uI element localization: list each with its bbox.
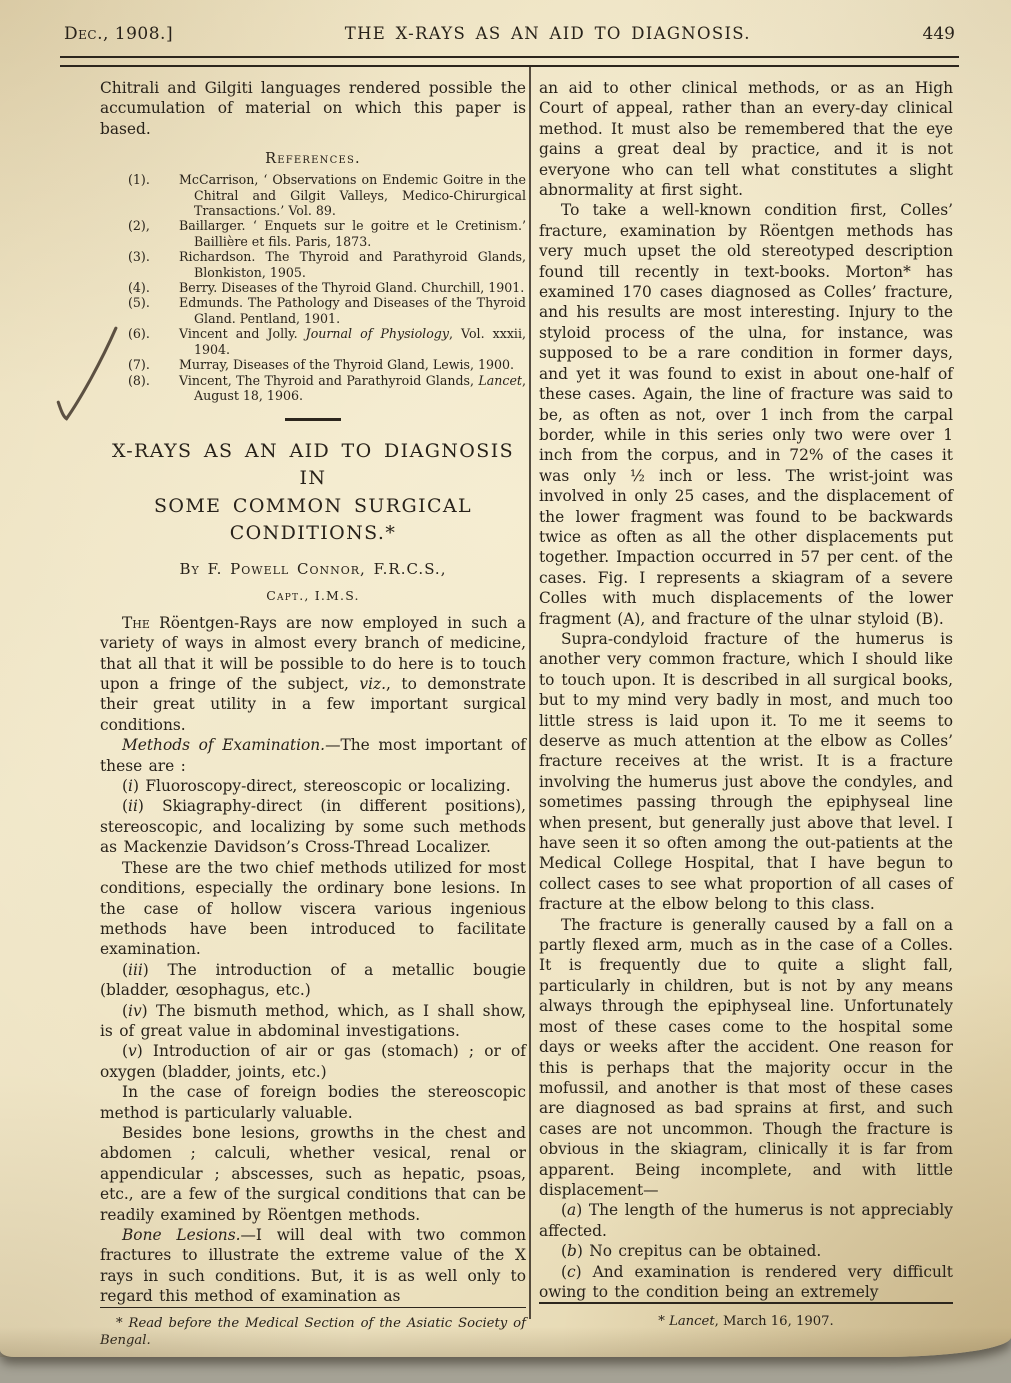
paragraph: (ii) Skiagraphy-direct (in different pos… xyxy=(100,796,526,857)
reference-item: (3). Richardson. The Thyroid and Parathy… xyxy=(100,249,526,280)
reference-text: McCarrison, ‘ Observations on Endemic Go… xyxy=(179,172,526,218)
paragraph: Besides bone lesions, growths in the che… xyxy=(100,1123,526,1225)
paragraph: (i) Fluoroscopy-direct, stereoscopic or … xyxy=(100,776,526,796)
article-title-line2: SOME COMMON SURGICAL CONDITIONS.* xyxy=(154,495,472,545)
reference-text: Richardson. The Thyroid and Parathyroid … xyxy=(179,249,526,279)
reference-number: (3). xyxy=(128,249,150,264)
reference-text: Vincent, The Thyroid and Parathyroid Gla… xyxy=(179,373,526,403)
paragraph: To take a well-known condition first, Co… xyxy=(539,200,953,629)
header-running-title: THE X-RAYS AS AN AID TO DIAGNOSIS. xyxy=(345,24,751,43)
article-title-line1: X-RAYS AS AN AID TO DIAGNOSIS IN xyxy=(112,440,514,490)
right-column: an aid to other clinical methods, or as … xyxy=(539,78,953,1330)
reference-number: (4). xyxy=(128,280,150,295)
paragraph: an aid to other clinical methods, or as … xyxy=(539,78,953,200)
article-title: X-RAYS AS AN AID TO DIAGNOSIS INSOME COM… xyxy=(100,438,526,548)
section-divider-rule xyxy=(285,418,341,421)
reference-text: Edmunds. The Pathology and Diseases of t… xyxy=(179,295,526,325)
article-author-rank: Capt., I.M.S. xyxy=(100,588,526,603)
reference-number: (7). xyxy=(128,357,150,372)
reference-number: (6). xyxy=(128,326,150,341)
reference-number: (1). xyxy=(128,172,150,187)
page-edge-shadow xyxy=(0,1327,1011,1357)
reference-text: Vincent and Jolly. Journal of Physiology… xyxy=(179,326,526,356)
reference-item: (5). Edmunds. The Pathology and Diseases… xyxy=(100,295,526,326)
paragraph: (b) No crepitus can be obtained. xyxy=(539,1241,953,1261)
journal-page: Dec., 1908.] THE X-RAYS AS AN AID TO DIA… xyxy=(0,0,1011,1357)
paragraph: These are the two chief methods utilized… xyxy=(100,858,526,960)
reference-text: Berry. Diseases of the Thyroid Gland. Ch… xyxy=(179,280,524,295)
column-divider-rule xyxy=(529,66,531,1319)
paragraph: In the case of foreign bodies the stereo… xyxy=(100,1082,526,1123)
references-heading: References. xyxy=(100,151,526,167)
header-rule xyxy=(60,56,959,67)
reference-item: (8). Vincent, The Thyroid and Parathyroi… xyxy=(100,373,526,404)
reference-number: (8). xyxy=(128,373,150,388)
article-byline: By F. Powell Connor, F.R.C.S., xyxy=(100,560,526,578)
reference-number: (5). xyxy=(128,295,150,310)
references-list: (1). McCarrison, ‘ Observations on Endem… xyxy=(100,172,526,403)
reference-item: (1). McCarrison, ‘ Observations on Endem… xyxy=(100,172,526,218)
intro-paragraph: Chitrali and Gilgiti languages rendered … xyxy=(100,78,526,139)
left-column: Chitrali and Gilgiti languages rendered … xyxy=(100,78,526,1324)
reference-item: (4). Berry. Diseases of the Thyroid Glan… xyxy=(100,280,526,295)
paragraph: (iv) The bismuth method, which, as I sha… xyxy=(100,1001,526,1042)
header-date: Dec., 1908.] xyxy=(64,24,173,44)
paragraph: Methods of Examination.—The most importa… xyxy=(100,735,526,776)
page-header: Dec., 1908.] THE X-RAYS AS AN AID TO DIA… xyxy=(64,24,955,44)
paragraph: Supra-condyloid fracture of the humerus … xyxy=(539,629,953,915)
paragraph: The fracture is generally caused by a fa… xyxy=(539,915,953,1201)
paragraph: The Röentgen-Rays are now employed in su… xyxy=(100,613,526,735)
reference-item: (7). Murray, Diseases of the Thyroid Gla… xyxy=(100,357,526,372)
paragraph: (v) Introduction of air or gas (stomach)… xyxy=(100,1041,526,1082)
header-page-number: 449 xyxy=(923,24,955,44)
paragraph: (a) The length of the humerus is not app… xyxy=(539,1200,953,1241)
reference-text: Baillarger. ‘ Enquets sur le goitre et l… xyxy=(179,218,526,248)
reference-text: Murray, Diseases of the Thyroid Gland, L… xyxy=(179,357,514,372)
paragraph: (c) And examination is rendered very dif… xyxy=(539,1262,953,1303)
paragraph: Bone Lesions.—I will deal with two commo… xyxy=(100,1225,526,1307)
reference-number: (2), xyxy=(128,218,150,233)
paragraph: (iii) The introduction of a metallic bou… xyxy=(100,960,526,1001)
reference-item: (2), Baillarger. ‘ Enquets sur le goitre… xyxy=(100,218,526,249)
reference-item: (6). Vincent and Jolly. Journal of Physi… xyxy=(100,326,526,357)
